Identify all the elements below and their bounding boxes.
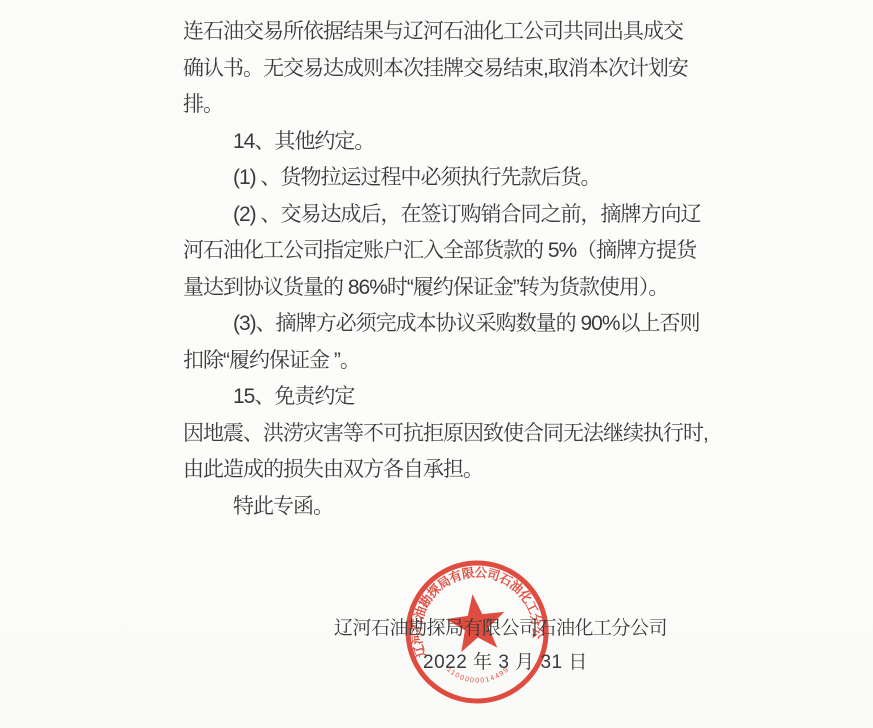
document-line: 连石油交易所依据结果与辽河石油化工公司共同出具成交 <box>183 14 693 51</box>
document-line: 15、免责约定 <box>183 379 693 416</box>
document-line: 确认书。无交易达成则本次挂牌交易结束,取消本次计划安 <box>183 51 693 88</box>
document-body: 连石油交易所依据结果与辽河石油化工公司共同出具成交 确认书。无交易达成则本次挂牌… <box>183 14 693 525</box>
document-line: 量达到协议货量的 86%时“履约保证金”转为货款使用）。 <box>183 270 693 307</box>
document-line: 河石油化工公司指定账户汇入全部货款的 5%（摘牌方提货 <box>183 233 693 270</box>
document-line: 14、其他约定。 <box>183 124 693 161</box>
document-page: 连石油交易所依据结果与辽河石油化工公司共同出具成交 确认书。无交易达成则本次挂牌… <box>0 0 873 728</box>
document-line: 排。 <box>183 87 693 124</box>
document-line: 扣除“履约保证金 ”。 <box>183 343 693 380</box>
document-line: 特此专函。 <box>183 489 693 526</box>
document-line: (1) 、货物拉运过程中必须执行先款后货。 <box>183 160 693 197</box>
document-line: (2) 、交易达成后，在签订购销合同之前，摘牌方向辽 <box>183 197 693 234</box>
document-line: (3)、摘牌方必须完成本协议采购数量的 90%以上否则 <box>183 306 693 343</box>
signature-company: 辽河石油勘探局有限公司石油化工分公司 <box>334 613 667 640</box>
document-line: 因地震、洪涝灾害等不可抗拒原因致使合同无法继续执行时, <box>183 416 693 453</box>
signature-date: 2022 年 3 月 31 日 <box>423 647 588 674</box>
document-line: 由此造成的损失由双方各自承担。 <box>183 452 693 489</box>
